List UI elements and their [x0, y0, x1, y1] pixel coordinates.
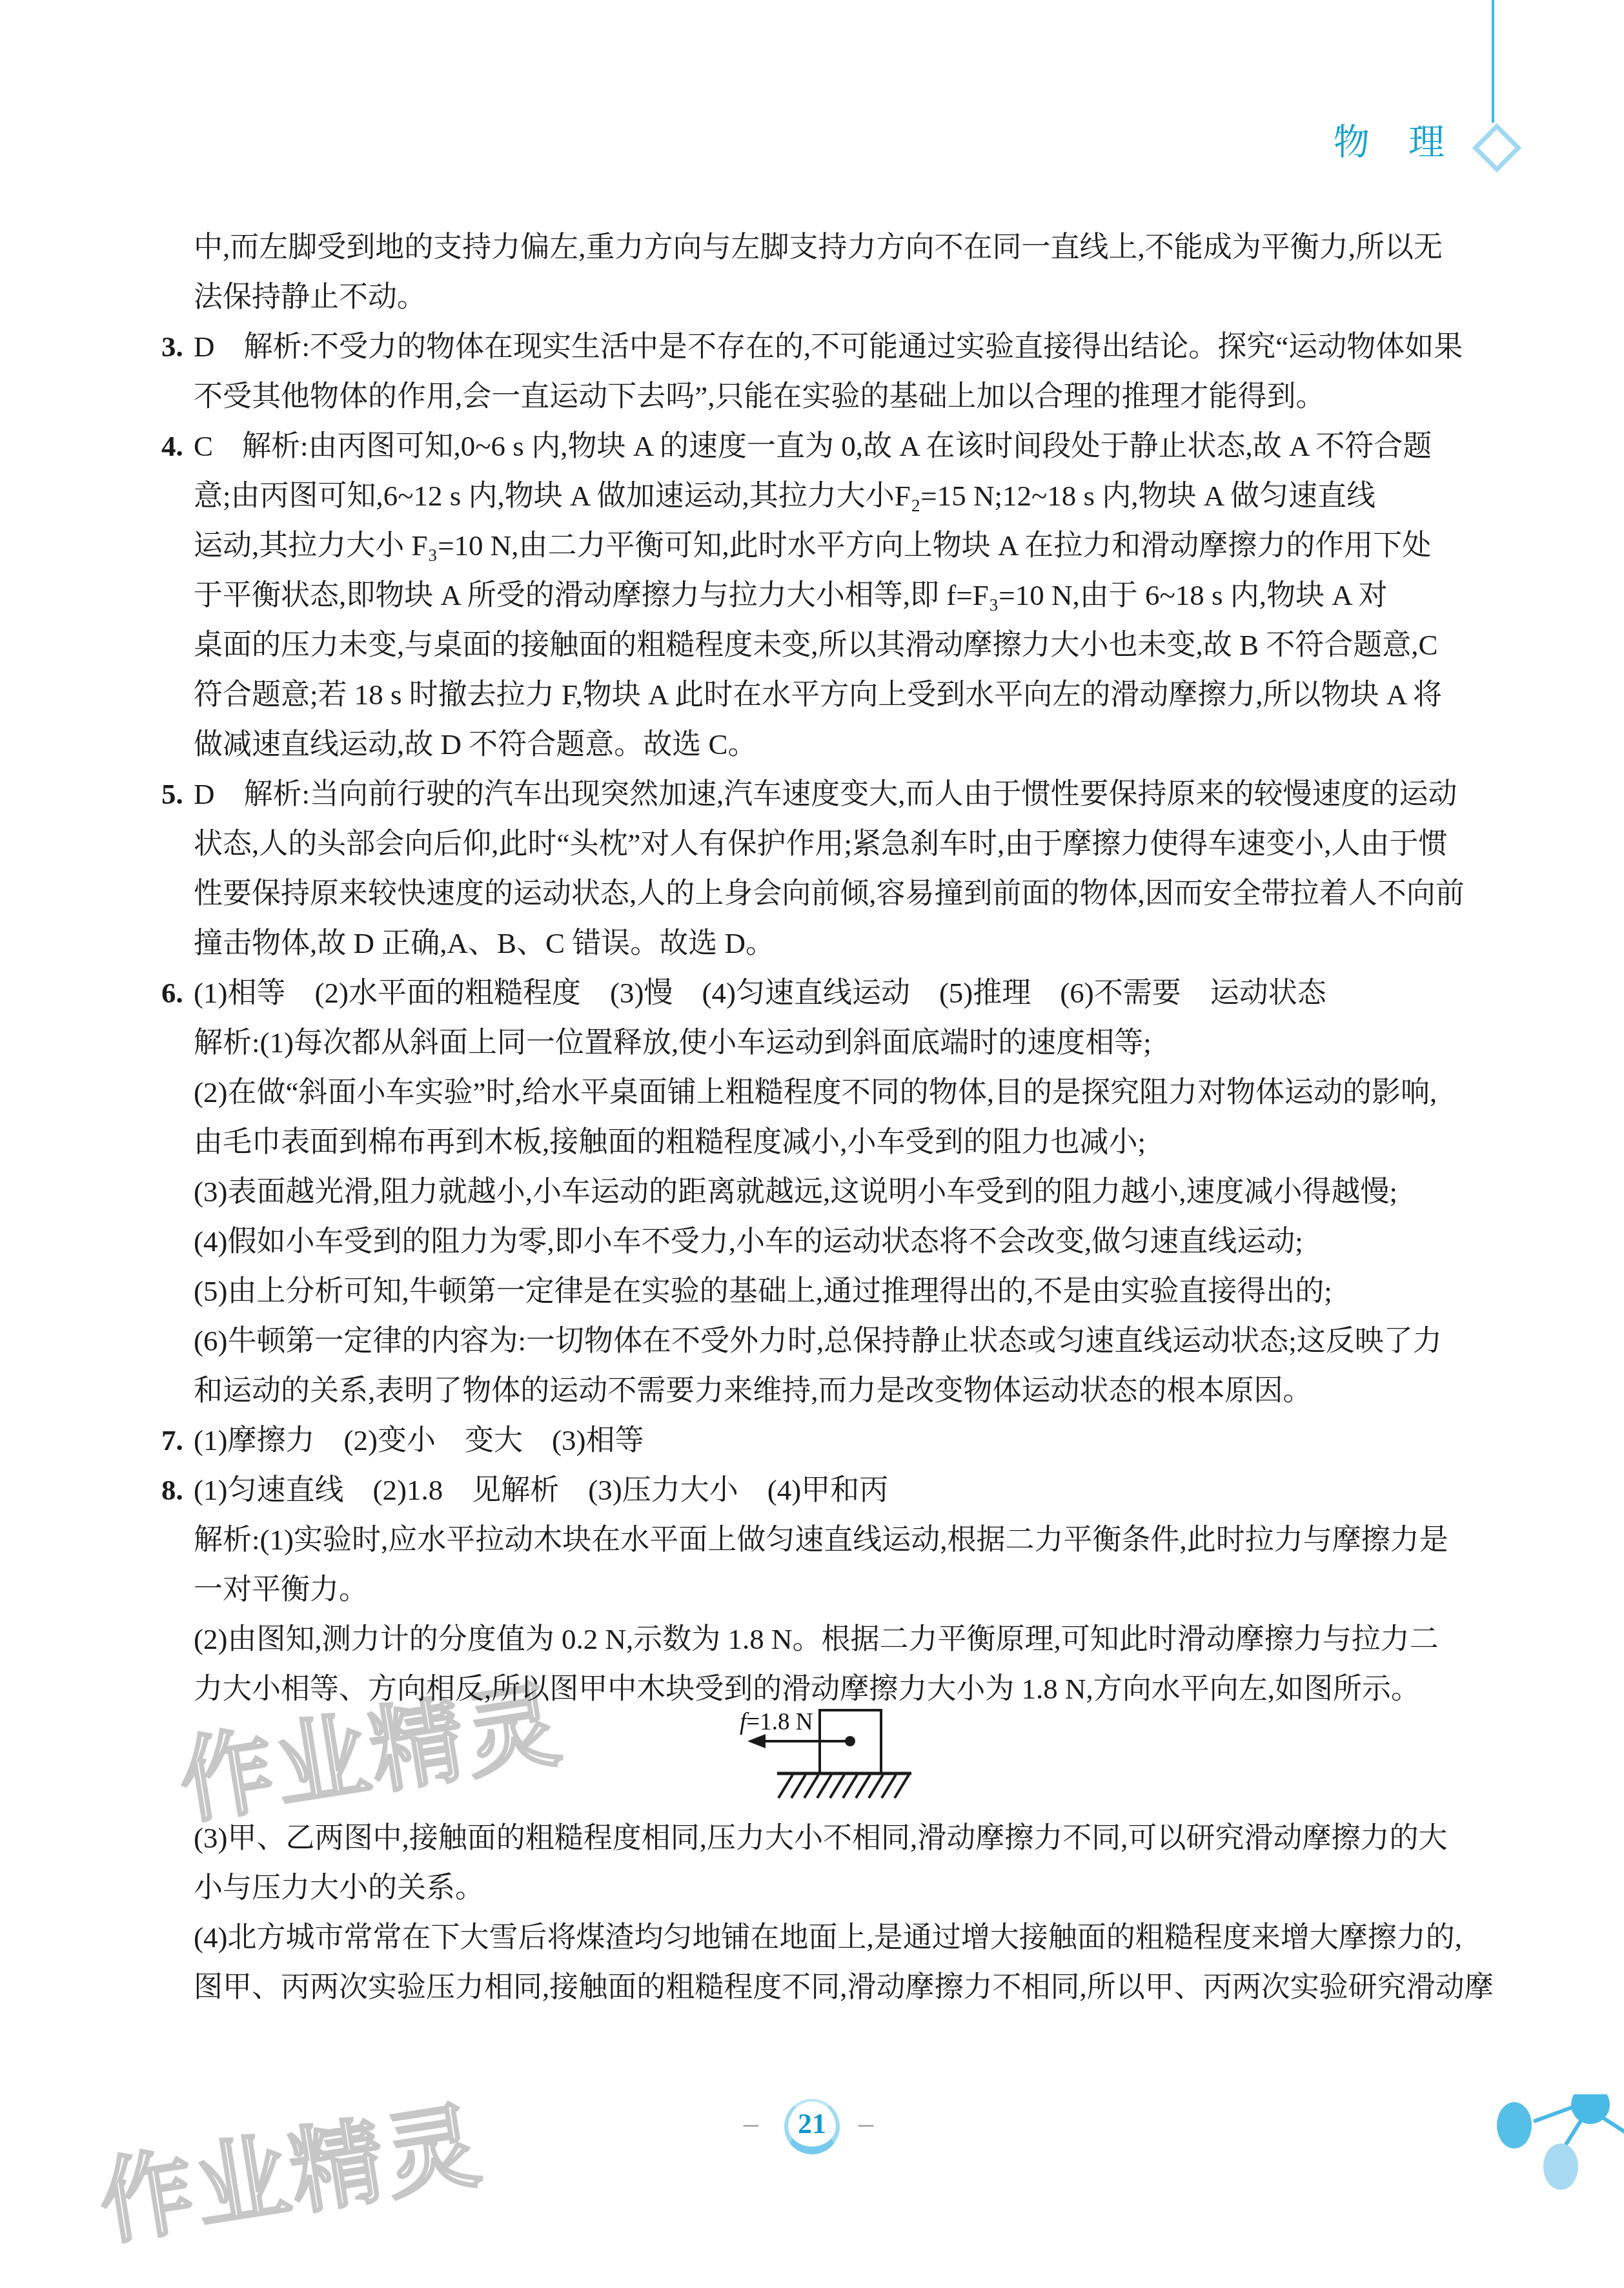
text-line: 意;由丙图可知,6~12 s 内,物块 A 做加速运动,其拉力大小F₂=15 N…: [194, 471, 1504, 521]
item-number: 8.: [161, 1466, 183, 1515]
text-line: 状态,人的头部会向后仰,此时“头枕”对人有保护作用;紧急刹车时,由于摩擦力使得车…: [194, 819, 1504, 869]
page-number-dash: –: [744, 2106, 758, 2140]
text-line: (2)在做“斜面小车实验”时,给水平桌面铺上粗糙程度不同的物体,目的是探究阻力对…: [194, 1068, 1504, 1118]
text-line: 图甲、丙两次实验压力相同,接触面的粗糙程度不同,滑动摩擦力不相同,所以甲、丙两次…: [194, 1963, 1504, 2012]
text-line: 不受其他物体的作用,会一直运动下去吗”,只能在实验的基础上加以合理的推理才能得到…: [194, 372, 1504, 422]
force-label: f=1.8 N: [740, 1709, 813, 1735]
text-line: 3.D 解析:不受力的物体在现实生活中是不存在的,不可能通过实验直接得出结论。探…: [194, 322, 1504, 372]
line-text: (3)表面越光滑,阻力就越小,小车运动的距离就越远,这说明小车受到的阻力越小,速…: [194, 1176, 1397, 1208]
line-text: C 解析:由丙图可知,0~6 s 内,物块 A 的速度一直为 0,故 A 在该时…: [194, 430, 1432, 462]
text-line: (5)由上分析可知,牛顿第一定律是在实验的基础上,通过推理得出的,不是由实验直接…: [194, 1267, 1504, 1316]
item-number: 7.: [161, 1416, 183, 1466]
text-line: (4)假如小车受到的阻力为零,即小车不受力,小车的运动状态将不会改变,做匀速直线…: [194, 1217, 1504, 1267]
line-text: 法保持静止不动。: [194, 281, 426, 313]
text-line: (3)甲、乙两图中,接触面的粗糙程度相同,压力大小不相同,滑动摩擦力不同,可以研…: [194, 1813, 1504, 1863]
page-title: 物 理: [1334, 114, 1446, 165]
bubbles-decoration-icon: [1482, 2094, 1624, 2288]
bubble-icon: [1497, 2102, 1532, 2149]
line-text: 中,而左脚受到地的支持力偏左,重力方向与左脚支持力方向不在同一直线上,不能成为平…: [194, 231, 1443, 263]
text-line: 桌面的压力未变,与桌面的接触面的粗糙程度未变,所以其滑动摩擦力大小也未变,故 B…: [194, 620, 1504, 670]
item-number: 3.: [161, 322, 183, 372]
bubble-icon: [1543, 2143, 1578, 2190]
line-text: 力大小相等、方向相反,所以图甲中木块受到的滑动摩擦力大小为 1.8 N,方向水平…: [194, 1673, 1420, 1705]
line-text: 运动,其拉力大小 F₃=10 N,由二力平衡可知,此时水平方向上物块 A 在拉力…: [194, 529, 1431, 562]
line-text: 撞击物体,故 D 正确,A、B、C 错误。故选 D。: [194, 927, 775, 959]
item-number: 5.: [161, 770, 183, 819]
line-text: (6)牛顿第一定律的内容为:一切物体在不受外力时,总保持静止状态或匀速直线运动状…: [194, 1325, 1442, 1357]
line-text: (4)假如小车受到的阻力为零,即小车不受力,小车的运动状态将不会改变,做匀速直线…: [194, 1225, 1303, 1258]
line-text: (1)匀速直线 (2)1.8 见解析 (3)压力大小 (4)甲和丙: [194, 1474, 888, 1506]
line-text: 不受其他物体的作用,会一直运动下去吗”,只能在实验的基础上加以合理的推理才能得到…: [194, 380, 1325, 413]
line-text: 小与压力大小的关系。: [194, 1872, 484, 1904]
text-line: 符合题意;若 18 s 时撤去拉力 F,物块 A 此时在水平方向上受到水平向左的…: [194, 670, 1504, 720]
text-line: 做减速直线运动,故 D 不符合题意。故选 C。: [194, 720, 1504, 770]
friction-force-diagram: f=1.8 N: [736, 1701, 924, 1806]
text-line: 6.(1)相等 (2)水平面的粗糙程度 (3)慢 (4)匀速直线运动 (5)推理…: [194, 968, 1504, 1018]
line-text: (3)甲、乙两图中,接触面的粗糙程度相同,压力大小不相同,滑动摩擦力不同,可以研…: [194, 1822, 1447, 1854]
line-text: 解析:(1)每次都从斜面上同一位置释放,使小车运动到斜面底端时的速度相等;: [194, 1027, 1152, 1059]
line-text: 符合题意;若 18 s 时撤去拉力 F,物块 A 此时在水平方向上受到水平向左的…: [194, 679, 1442, 711]
text-line: 4.C 解析:由丙图可知,0~6 s 内,物块 A 的速度一直为 0,故 A 在…: [194, 422, 1504, 471]
text-line: 由毛巾表面到棉布再到木板,接触面的粗糙程度减小,小车受到的阻力也减小;: [194, 1118, 1504, 1167]
item-number: 4.: [161, 422, 183, 471]
answer-lines: 中,而左脚受到地的支持力偏左,重力方向与左脚支持力方向不在同一直线上,不能成为平…: [194, 223, 1504, 2012]
text-line: (4)北方城市常常在下大雪后将煤渣均匀地铺在地面上,是通过增大接触面的粗糙程度来…: [194, 1913, 1504, 1963]
text-line: 和运动的关系,表明了物体的运动不需要力来维持,而力是改变物体运动状态的根本原因。: [194, 1366, 1504, 1416]
line-text: 于平衡状态,即物块 A 所受的滑动摩擦力与拉力大小相等,即 f=F₃=10 N,…: [194, 579, 1388, 611]
line-text: 意;由丙图可知,6~12 s 内,物块 A 做加速运动,其拉力大小F₂=15 N…: [194, 480, 1375, 512]
text-line: 5.D 解析:当向前行驶的汽车出现突然加速,汽车速度变大,而人由于惯性要保持原来…: [194, 770, 1504, 819]
line-text: (1)摩擦力 (2)变小 变大 (3)相等: [194, 1424, 644, 1456]
line-text: (5)由上分析可知,牛顿第一定律是在实验的基础上,通过推理得出的,不是由实验直接…: [194, 1275, 1332, 1307]
line-text: (4)北方城市常常在下大雪后将煤渣均匀地铺在地面上,是通过增大接触面的粗糙程度来…: [194, 1921, 1462, 1954]
line-text: (2)在做“斜面小车实验”时,给水平桌面铺上粗糙程度不同的物体,目的是探究阻力对…: [194, 1076, 1437, 1108]
diamond-icon: [1472, 123, 1521, 172]
line-text: 由毛巾表面到棉布再到木板,接触面的粗糙程度减小,小车受到的阻力也减小;: [194, 1126, 1146, 1158]
text-line: 于平衡状态,即物块 A 所受的滑动摩擦力与拉力大小相等,即 f=F₃=10 N,…: [194, 571, 1504, 620]
watermark-text: 作业精灵: [89, 2070, 490, 2263]
text-line: 撞击物体,故 D 正确,A、B、C 错误。故选 D。: [194, 919, 1504, 968]
page-number-dash: –: [858, 2106, 873, 2140]
item-number: 6.: [161, 968, 183, 1018]
line-text: D 解析:当向前行驶的汽车出现突然加速,汽车速度变大,而人由于惯性要保持原来的较…: [194, 778, 1457, 810]
line-text: (2)由图知,测力计的分度值为 0.2 N,示数为 1.8 N。根据二力平衡原理…: [194, 1623, 1439, 1655]
page-number: 21: [798, 2101, 826, 2147]
line-text: 状态,人的头部会向后仰,此时“头枕”对人有保护作用;紧急刹车时,由于摩擦力使得车…: [194, 828, 1447, 860]
text-line: 法保持静止不动。: [194, 272, 1504, 322]
text-line: 解析:(1)实验时,应水平拉动木块在水平面上做匀速直线运动,根据二力平衡条件,此…: [194, 1515, 1504, 1565]
line-text: 解析:(1)实验时,应水平拉动木块在水平面上做匀速直线运动,根据二力平衡条件,此…: [194, 1524, 1448, 1556]
text-line: 8.(1)匀速直线 (2)1.8 见解析 (3)压力大小 (4)甲和丙: [194, 1466, 1504, 1515]
text-line: 性要保持原来较快速度的运动状态,人的上身会向前倾,容易撞到前面的物体,因而安全带…: [194, 869, 1504, 919]
header-rule-icon: [1492, 0, 1494, 123]
ground-hatching-icon: [778, 1775, 909, 1798]
force-arrow-head-icon: [747, 1734, 766, 1748]
text-line: 解析:(1)每次都从斜面上同一位置释放,使小车运动到斜面底端时的速度相等;: [194, 1018, 1504, 1068]
line-text: D 解析:不受力的物体在现实生活中是不存在的,不可能通过实验直接得出结论。探究“…: [194, 331, 1463, 363]
workbook-answer-page: 物 理 作业精灵 作业精灵 中,而左脚受到地的支持力偏左,重力方向与左脚支持力方…: [0, 0, 1624, 2288]
text-line: 7.(1)摩擦力 (2)变小 变大 (3)相等: [194, 1416, 1504, 1466]
page-number-badge: 21: [784, 2099, 840, 2154]
line-text: 桌面的压力未变,与桌面的接触面的粗糙程度未变,所以其滑动摩擦力大小也未变,故 B…: [194, 629, 1438, 661]
text-line: 小与压力大小的关系。: [194, 1863, 1504, 1913]
line-text: (1)相等 (2)水平面的粗糙程度 (3)慢 (4)匀速直线运动 (5)推理 (…: [194, 977, 1326, 1009]
force-diagram-figure: f=1.8 N: [194, 1714, 1504, 1813]
bubble-stem-icon: [1534, 2107, 1572, 2121]
line-text: 一对平衡力。: [194, 1573, 368, 1606]
text-line: (6)牛顿第一定律的内容为:一切物体在不受外力时,总保持静止状态或匀速直线运动状…: [194, 1316, 1504, 1366]
text-line: 一对平衡力。: [194, 1565, 1504, 1615]
text-line: (2)由图知,测力计的分度值为 0.2 N,示数为 1.8 N。根据二力平衡原理…: [194, 1615, 1504, 1664]
text-line: (3)表面越光滑,阻力就越小,小车运动的距离就越远,这说明小车受到的阻力越小,速…: [194, 1167, 1504, 1217]
line-text: 做减速直线运动,故 D 不符合题意。故选 C。: [194, 728, 757, 761]
line-text: 和运动的关系,表明了物体的运动不需要力来维持,而力是改变物体运动状态的根本原因。: [194, 1374, 1312, 1407]
line-text: 图甲、丙两次实验压力相同,接触面的粗糙程度不同,滑动摩擦力不相同,所以甲、丙两次…: [194, 1971, 1494, 2003]
text-line: 中,而左脚受到地的支持力偏左,重力方向与左脚支持力方向不在同一直线上,不能成为平…: [194, 223, 1504, 272]
line-text: 性要保持原来较快速度的运动状态,人的上身会向前倾,容易撞到前面的物体,因而安全带…: [194, 877, 1465, 910]
text-line: 运动,其拉力大小 F₃=10 N,由二力平衡可知,此时水平方向上物块 A 在拉力…: [194, 521, 1504, 571]
